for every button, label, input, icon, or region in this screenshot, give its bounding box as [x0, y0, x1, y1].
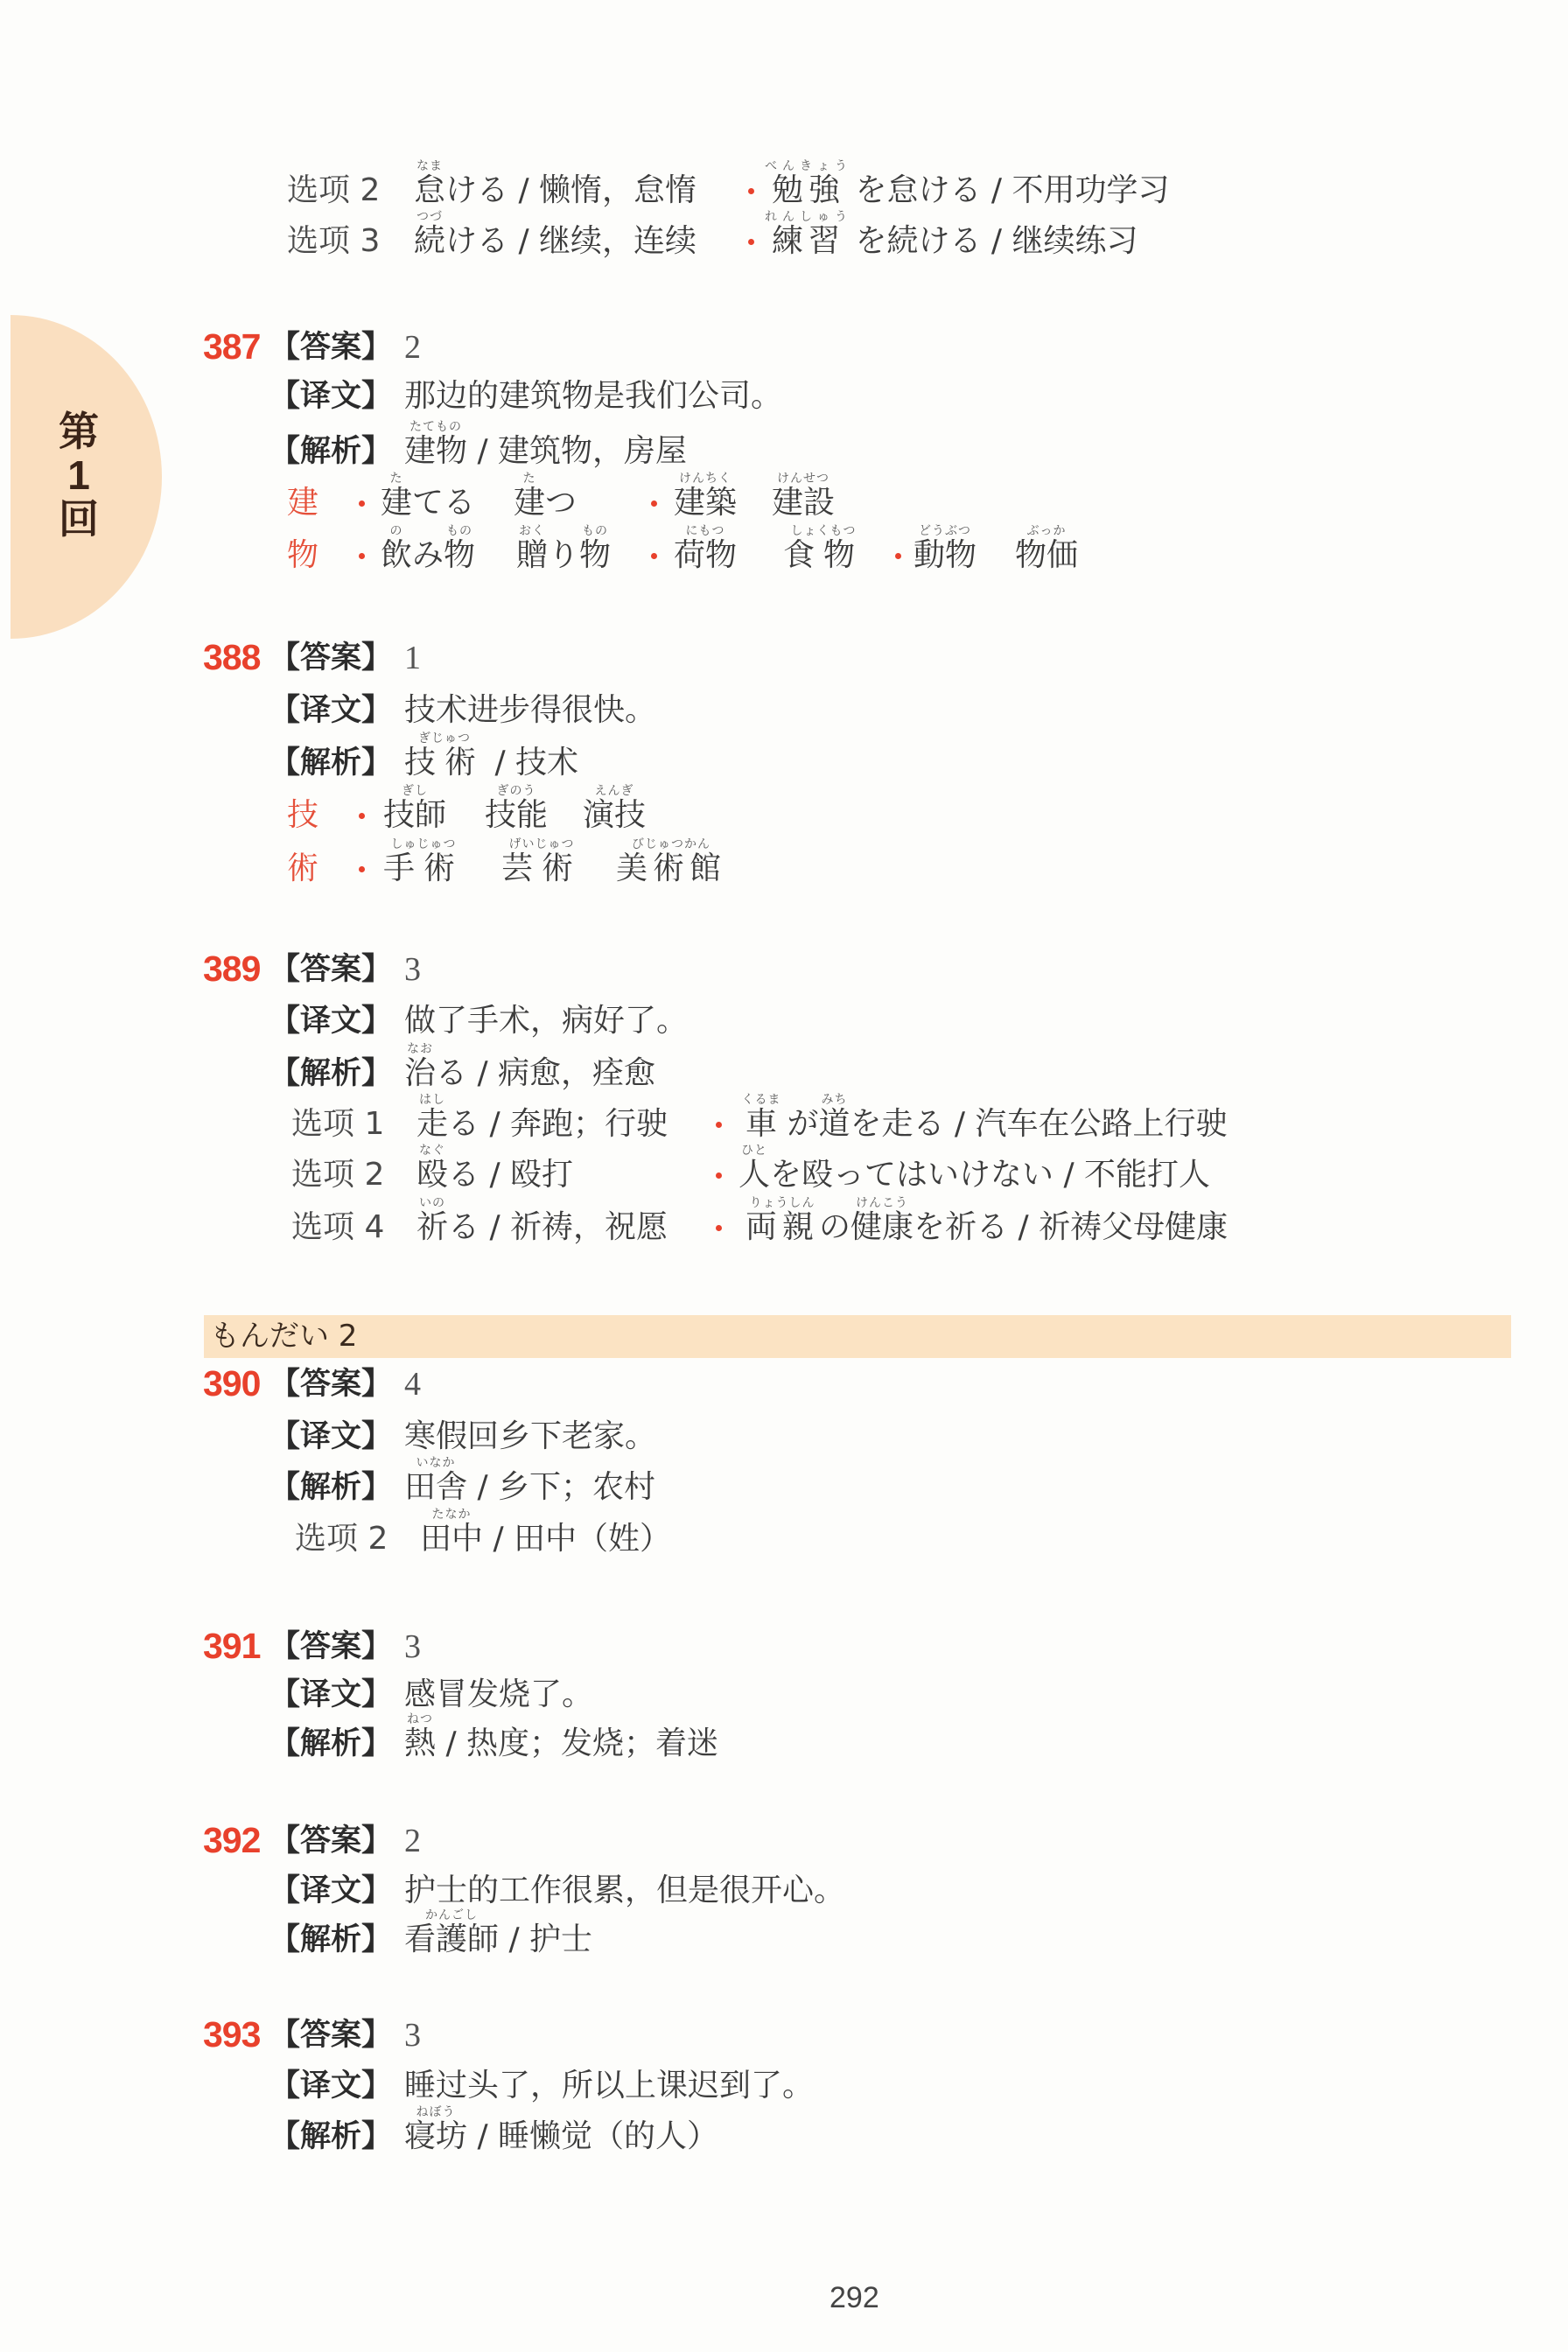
furigana: た: [390, 472, 403, 485]
furigana: えんぎ: [595, 785, 634, 797]
ruby-word: つづ続: [414, 226, 445, 257]
option-row: 选项 1 はし走る / 奔跑；行驶 くるま車 がみち道を走る / 汽车在公路上行…: [0, 1109, 1568, 1140]
furigana: たなか: [432, 1508, 472, 1521]
furigana: いなか: [416, 1457, 456, 1469]
text-segment: る / 殴打: [448, 1157, 573, 1193]
analysis-text: ねぼう寝坊 / 睡懒觉（的人）: [404, 2121, 718, 2152]
option-example: くるま車 がみち道を走る / 汽车在公路上行驶: [745, 1109, 1228, 1140]
ruby-base: 美術館: [616, 850, 726, 886]
translation-text: 睡过头了，所以上课迟到了。: [404, 2070, 814, 2102]
ruby-word: いなか田舎: [404, 1472, 467, 1503]
furigana: くるま: [742, 1094, 781, 1106]
answer-label: 【答案】: [269, 1631, 392, 1662]
ruby-base: 怠: [414, 172, 445, 208]
ruby-word: なお治: [404, 1058, 436, 1089]
ruby-base: 車: [745, 1106, 777, 1142]
furigana: べんきょう: [765, 160, 852, 172]
ruby-word: いの祈: [416, 1212, 448, 1243]
ruby-base: 走: [416, 1106, 448, 1142]
question-number: 393: [203, 2019, 260, 2050]
furigana: げいじゅつ: [509, 838, 575, 850]
section-heading-band: もんだい 2: [204, 1315, 1511, 1358]
ruby-base: 建物: [404, 433, 467, 469]
bullet-icon: [359, 500, 365, 507]
answer-label: 【答案】: [269, 954, 392, 985]
answer-label: 【答案】: [269, 2019, 392, 2051]
text-segment: の: [819, 1209, 850, 1245]
text-segment: ける / 懒惰，怠惰: [445, 172, 696, 208]
ruby-word: の飲: [381, 540, 412, 571]
kanji-row: 建 た建てる た建つ けんちく建築 けんせつ建設: [0, 487, 1568, 519]
option-row: 选项 2 たなか田中 / 田中（姓）: [0, 1523, 1568, 1555]
page-number: 292: [829, 2282, 879, 2313]
text-segment: を走る / 汽车在公路上行驶: [850, 1106, 1227, 1142]
ruby-base: 技術: [404, 745, 485, 780]
bullet-icon: [359, 553, 365, 559]
analysis-label: 【解析】: [269, 1924, 392, 1956]
answer-label: 【答案】: [269, 1825, 392, 1857]
vocab-word: ぶっか物価: [1015, 540, 1078, 571]
analysis-text: ぎじゅつ技術 / 技术: [404, 747, 578, 779]
key-kanji: 物: [287, 540, 318, 571]
option-term: いの祈る / 祈祷，祝愿: [416, 1212, 668, 1243]
bullet-icon: [651, 500, 657, 507]
answer-row: 391 【答案】 3: [0, 1631, 1568, 1662]
ruby-word: もの物: [579, 540, 611, 571]
translation-text: 寒假回乡下老家。: [404, 1421, 656, 1452]
ruby-word: た建: [381, 487, 412, 519]
vocab-word: えんぎ演技: [583, 800, 646, 831]
bullet-icon: [359, 866, 365, 872]
translation-row: 【译文】 感冒发烧了。: [0, 1679, 1568, 1711]
translation-text: 感冒发烧了。: [404, 1679, 593, 1711]
text-segment: み: [412, 537, 444, 573]
key-kanji: 術: [287, 853, 318, 885]
ruby-word: けんちく建築: [674, 487, 737, 519]
option-label: 选项 2: [291, 1159, 384, 1191]
ruby-word: ねぼう寝坊: [404, 2121, 467, 2152]
answer-row: 387 【答案】 2: [0, 332, 1568, 363]
answer-value: 3: [404, 954, 421, 985]
ruby-base: 看護師: [404, 1921, 499, 1957]
ruby-base: 建: [514, 485, 545, 521]
ruby-word: かんごし看護師: [404, 1924, 499, 1956]
ruby-word: ねつ熱: [404, 1728, 436, 1760]
question-number: 389: [203, 953, 260, 984]
furigana: びじゅつかん: [632, 838, 710, 850]
option-term: つづ続ける / 继续，连续: [414, 226, 696, 257]
furigana: おく: [519, 525, 545, 537]
vocab-word: た建てる: [381, 487, 475, 519]
text-segment: を祈る / 祈祷父母健康: [913, 1209, 1228, 1245]
furigana: ひと: [741, 1144, 767, 1157]
option-label: 选项 3: [287, 226, 380, 257]
answer-value: 2: [404, 1825, 421, 1857]
text-segment: / 技术: [485, 745, 578, 780]
translation-row: 【译文】 做了手术，病好了。: [0, 1005, 1568, 1037]
analysis-label: 【解析】: [269, 436, 392, 467]
bullet-icon: [651, 553, 657, 559]
analysis-text: ねつ熱 / 热度；发烧；着迷: [404, 1728, 718, 1760]
option-example: ひと人を殴ってはいけない / 不能打人: [738, 1159, 1210, 1191]
option-row: 选项 2 なま怠ける / 懒惰，怠惰 べんきょう勉強 を怠ける / 不用功学习: [0, 175, 1568, 206]
text-segment: / 睡懒觉（的人）: [467, 2118, 718, 2154]
analysis-text: たてもの建物 / 建筑物，房屋: [404, 436, 687, 467]
bullet-icon: [895, 553, 901, 559]
ruby-word: しゅじゅつ手術: [383, 853, 464, 885]
furigana: かんごし: [425, 1909, 478, 1921]
answer-value: 2: [404, 332, 421, 363]
ruby-base: 勉強: [772, 172, 845, 208]
option-example: りょうしん両親のけんこう健康を祈る / 祈祷父母健康: [745, 1212, 1228, 1243]
key-kanji: 建: [287, 487, 318, 519]
furigana: いの: [419, 1197, 445, 1209]
answer-value: 3: [404, 1631, 421, 1662]
book-page: 第 1 回 选项 2 なま怠ける / 懒惰，怠惰 べんきょう勉強 を怠ける / …: [0, 0, 1568, 2352]
option-label: 选项 1: [291, 1109, 384, 1140]
kanji-row: 技 ぎし技師 ぎのう技能 えんぎ演技: [0, 800, 1568, 831]
vocab-word: しょくもつ食物: [783, 540, 864, 571]
furigana: りょうしん: [750, 1197, 815, 1209]
answer-row: 389 【答案】 3: [0, 954, 1568, 985]
furigana: ぎし: [402, 785, 428, 797]
ruby-word: れんしゅう練習: [772, 226, 845, 257]
option-label: 选项 4: [291, 1212, 384, 1243]
ruby-word: ぶっか物価: [1015, 540, 1078, 571]
text-segment: / 热度；发烧；着迷: [436, 1725, 718, 1761]
translation-text: 那边的建筑物是我们公司。: [404, 381, 782, 412]
option-example: べんきょう勉強 を怠ける / 不用功学习: [772, 175, 1169, 206]
translation-row: 【译文】 技术进步得很快。: [0, 695, 1568, 726]
furigana: なぐ: [419, 1144, 445, 1157]
translation-label: 【译文】: [269, 1421, 392, 1452]
ruby-base: 演技: [583, 797, 646, 833]
ruby-word: ぎのう技能: [485, 800, 548, 831]
analysis-text: なお治る / 病愈，痊愈: [404, 1058, 655, 1089]
text-segment: が: [777, 1106, 818, 1142]
furigana: しゅじゅつ: [391, 838, 457, 850]
analysis-label: 【解析】: [269, 1728, 392, 1760]
furigana: ねつ: [407, 1713, 433, 1725]
translation-label: 【译文】: [269, 1875, 392, 1907]
text-segment: / 田中（姓）: [483, 1521, 671, 1557]
furigana: つづ: [416, 211, 443, 223]
analysis-row: 【解析】 なお治る / 病愈，痊愈: [0, 1058, 1568, 1089]
furigana: けんせつ: [777, 472, 829, 485]
vocab-word: しゅじゅつ手術: [383, 853, 464, 885]
furigana: もの: [582, 525, 608, 537]
ruby-word: けんせつ建設: [772, 487, 835, 519]
ruby-base: 物: [579, 537, 611, 573]
option-row: 选项 3 つづ続ける / 继续，连续 れんしゅう練習 を続ける / 继续练习: [0, 226, 1568, 257]
option-term: はし走る / 奔跑；行驶: [416, 1109, 668, 1140]
text-segment: る / 祈祷，祝愿: [448, 1209, 668, 1245]
ruby-word: けんこう健康: [850, 1212, 913, 1243]
translation-label: 【译文】: [269, 695, 392, 726]
furigana: の: [390, 525, 403, 537]
vocab-word: げいじゅつ芸術: [501, 853, 582, 885]
ruby-word: くるま車: [745, 1109, 777, 1140]
option-term: なま怠ける / 懒惰，怠惰: [414, 175, 696, 206]
furigana: れんしゅう: [765, 211, 852, 223]
option-term: たなか田中 / 田中（姓）: [420, 1523, 671, 1555]
ruby-base: 健康: [850, 1209, 913, 1245]
ruby-word: なぐ殴: [416, 1159, 448, 1191]
ruby-base: 練習: [772, 223, 845, 259]
vocab-word: ぎし技師: [383, 800, 446, 831]
ruby-word: た建: [514, 487, 545, 519]
bullet-icon: [716, 1122, 722, 1128]
furigana: けんちく: [679, 472, 731, 485]
bullet-icon: [748, 239, 754, 245]
kanji-row: 術 しゅじゅつ手術 げいじゅつ芸術 びじゅつかん美術館: [0, 853, 1568, 885]
text-segment: る / 病愈，痊愈: [436, 1055, 655, 1091]
text-segment: を続ける / 继续练习: [845, 223, 1137, 259]
ruby-word: べんきょう勉強: [772, 175, 845, 206]
analysis-row: 【解析】 いなか田舎 / 乡下；农村: [0, 1472, 1568, 1503]
section-heading: もんだい 2: [210, 1320, 357, 1352]
answer-value: 4: [404, 1368, 421, 1400]
ruby-base: 熱: [404, 1725, 436, 1761]
vocab-word: にもつ荷物: [674, 540, 737, 571]
ruby-word: もの物: [444, 540, 475, 571]
ruby-base: 芸術: [501, 850, 582, 886]
translation-text: 护士的工作很累，但是很开心。: [404, 1875, 845, 1907]
question-number: 387: [203, 331, 260, 362]
ruby-base: 動物: [913, 537, 976, 573]
furigana: もの: [446, 525, 472, 537]
ruby-base: 技能: [485, 797, 548, 833]
ruby-base: 田中: [420, 1521, 483, 1557]
text-segment: てる: [412, 485, 475, 521]
vocab-word: どうぶつ動物: [913, 540, 976, 571]
furigana: たてもの: [409, 421, 462, 433]
translation-label: 【译文】: [269, 1005, 392, 1037]
bullet-icon: [716, 1225, 722, 1231]
vocab-word: けんちく建築: [674, 487, 737, 519]
analysis-row: 【解析】 ねつ熱 / 热度；发烧；着迷: [0, 1728, 1568, 1760]
bullet-icon: [716, 1172, 722, 1179]
answer-row: 393 【答案】 3: [0, 2019, 1568, 2051]
ruby-base: 技師: [383, 797, 446, 833]
furigana: はし: [419, 1094, 445, 1106]
translation-row: 【译文】 那边的建筑物是我们公司。: [0, 381, 1568, 412]
ruby-word: ぎじゅつ技術: [404, 747, 485, 779]
vocab-word: ぎのう技能: [485, 800, 548, 831]
ruby-base: 荷物: [674, 537, 737, 573]
furigana: にもつ: [686, 525, 725, 537]
translation-label: 【译文】: [269, 2070, 392, 2102]
vocab-word: た建つ: [514, 487, 577, 519]
ruby-base: 田舎: [404, 1469, 467, 1505]
translation-label: 【译文】: [269, 381, 392, 412]
text-segment: ける / 继续，连续: [445, 223, 696, 259]
option-label: 选项 2: [287, 175, 380, 206]
ruby-word: えんぎ演技: [583, 800, 646, 831]
analysis-label: 【解析】: [269, 1472, 392, 1503]
text-segment: / 护士: [499, 1921, 592, 1957]
answer-row: 392 【答案】 2: [0, 1825, 1568, 1857]
text-segment: を怠ける / 不用功学习: [845, 172, 1169, 208]
option-example: れんしゅう練習 を続ける / 继续练习: [772, 226, 1137, 257]
key-kanji: 技: [287, 800, 318, 831]
vocab-word: の飲みもの物: [381, 540, 475, 571]
answer-value: 1: [404, 642, 421, 674]
text-segment: を殴ってはいけない / 不能打人: [770, 1157, 1210, 1193]
ruby-base: 飲: [381, 537, 412, 573]
text-segment: / 乡下；农村: [467, 1469, 655, 1505]
ruby-word: みち道: [818, 1109, 850, 1140]
furigana: どうぶつ: [919, 525, 971, 537]
ruby-base: 建設: [772, 485, 835, 521]
question-number: 390: [203, 1368, 260, 1399]
translation-row: 【译文】 护士的工作很累，但是很开心。: [0, 1875, 1568, 1907]
ruby-word: しょくもつ食物: [783, 540, 864, 571]
answer-label: 【答案】: [269, 642, 392, 674]
furigana: ねぼう: [416, 2106, 456, 2118]
translation-label: 【译文】: [269, 1679, 392, 1711]
bullet-icon: [359, 813, 365, 819]
question-number: 391: [203, 1630, 260, 1662]
furigana: なま: [416, 160, 443, 172]
translation-row: 【译文】 睡过头了，所以上课迟到了。: [0, 2070, 1568, 2102]
ruby-word: たてもの建物: [404, 436, 467, 467]
furigana: みち: [821, 1094, 847, 1106]
analysis-row: 【解析】 かんごし看護師 / 护士: [0, 1924, 1568, 1956]
ruby-word: びじゅつかん美術館: [616, 853, 726, 885]
translation-text: 做了手术，病好了。: [404, 1005, 688, 1037]
ruby-base: 食物: [783, 537, 864, 573]
text-segment: / 建筑物，房屋: [467, 433, 687, 469]
ruby-base: 物: [444, 537, 475, 573]
ruby-base: 道: [818, 1106, 850, 1142]
ruby-base: 祈: [416, 1209, 448, 1245]
text-segment: り: [548, 537, 579, 573]
ruby-word: どうぶつ動物: [913, 540, 976, 571]
ruby-base: 建: [381, 485, 412, 521]
option-row: 选项 4 いの祈る / 祈祷，祝愿 りょうしん両親のけんこう健康を祈る / 祈祷…: [0, 1212, 1568, 1243]
furigana: しょくもつ: [791, 525, 857, 537]
question-number: 388: [203, 641, 260, 673]
answer-label: 【答案】: [269, 332, 392, 363]
text-segment: つ: [545, 485, 577, 521]
vocab-word: おく贈りもの物: [516, 540, 611, 571]
analysis-label: 【解析】: [269, 1058, 392, 1089]
ruby-word: にもつ荷物: [674, 540, 737, 571]
furigana: た: [523, 472, 536, 485]
ruby-base: 建築: [674, 485, 737, 521]
ruby-word: たなか田中: [420, 1523, 483, 1555]
answer-row: 390 【答案】 4: [0, 1368, 1568, 1400]
question-number: 392: [203, 1824, 260, 1856]
ruby-base: 続: [414, 223, 445, 259]
analysis-text: いなか田舎 / 乡下；农村: [404, 1472, 655, 1503]
ruby-word: はし走: [416, 1109, 448, 1140]
ruby-base: 手術: [383, 850, 464, 886]
vocab-word: けんせつ建設: [772, 487, 835, 519]
option-row: 选项 2 なぐ殴る / 殴打 ひと人を殴ってはいけない / 不能打人: [0, 1159, 1568, 1191]
text-segment: る / 奔跑；行驶: [448, 1106, 668, 1142]
analysis-text: かんごし看護師 / 护士: [404, 1924, 592, 1956]
vocab-word: びじゅつかん美術館: [616, 853, 726, 885]
answer-row: 388 【答案】 1: [0, 642, 1568, 674]
ruby-base: 治: [404, 1055, 436, 1091]
ruby-word: りょうしん両親: [745, 1212, 819, 1243]
option-term: なぐ殴る / 殴打: [416, 1159, 573, 1191]
answer-value: 3: [404, 2019, 421, 2051]
ruby-base: 贈: [516, 537, 548, 573]
ruby-base: 殴: [416, 1157, 448, 1193]
analysis-row: 【解析】 ぎじゅつ技術 / 技术: [0, 747, 1568, 779]
furigana: ぎのう: [497, 785, 536, 797]
furigana: なお: [407, 1043, 433, 1055]
ruby-base: 寝坊: [404, 2118, 467, 2154]
translation-row: 【译文】 寒假回乡下老家。: [0, 1421, 1568, 1452]
analysis-row: 【解析】 たてもの建物 / 建筑物，房屋: [0, 436, 1568, 467]
analysis-row: 【解析】 ねぼう寝坊 / 睡懒觉（的人）: [0, 2121, 1568, 2152]
analysis-label: 【解析】: [269, 747, 392, 779]
kanji-row: 物 の飲みもの物 おく贈りもの物 にもつ荷物 しょくもつ食物 どうぶつ動物 ぶっ…: [0, 540, 1568, 571]
ruby-word: げいじゅつ芸術: [501, 853, 582, 885]
option-label: 选项 2: [295, 1523, 388, 1555]
ruby-base: 両親: [745, 1209, 819, 1245]
ruby-word: なま怠: [414, 175, 445, 206]
ruby-word: ぎし技師: [383, 800, 446, 831]
ruby-word: ひと人: [738, 1159, 770, 1191]
analysis-label: 【解析】: [269, 2121, 392, 2152]
answer-label: 【答案】: [269, 1368, 392, 1400]
ruby-base: 物価: [1015, 537, 1078, 573]
bullet-icon: [748, 188, 754, 194]
furigana: けんこう: [856, 1197, 908, 1209]
ruby-word: おく贈: [516, 540, 548, 571]
furigana: ぎじゅつ: [418, 732, 471, 745]
ruby-base: 人: [738, 1157, 770, 1193]
translation-text: 技术进步得很快。: [404, 695, 656, 726]
furigana: ぶっか: [1027, 525, 1067, 537]
